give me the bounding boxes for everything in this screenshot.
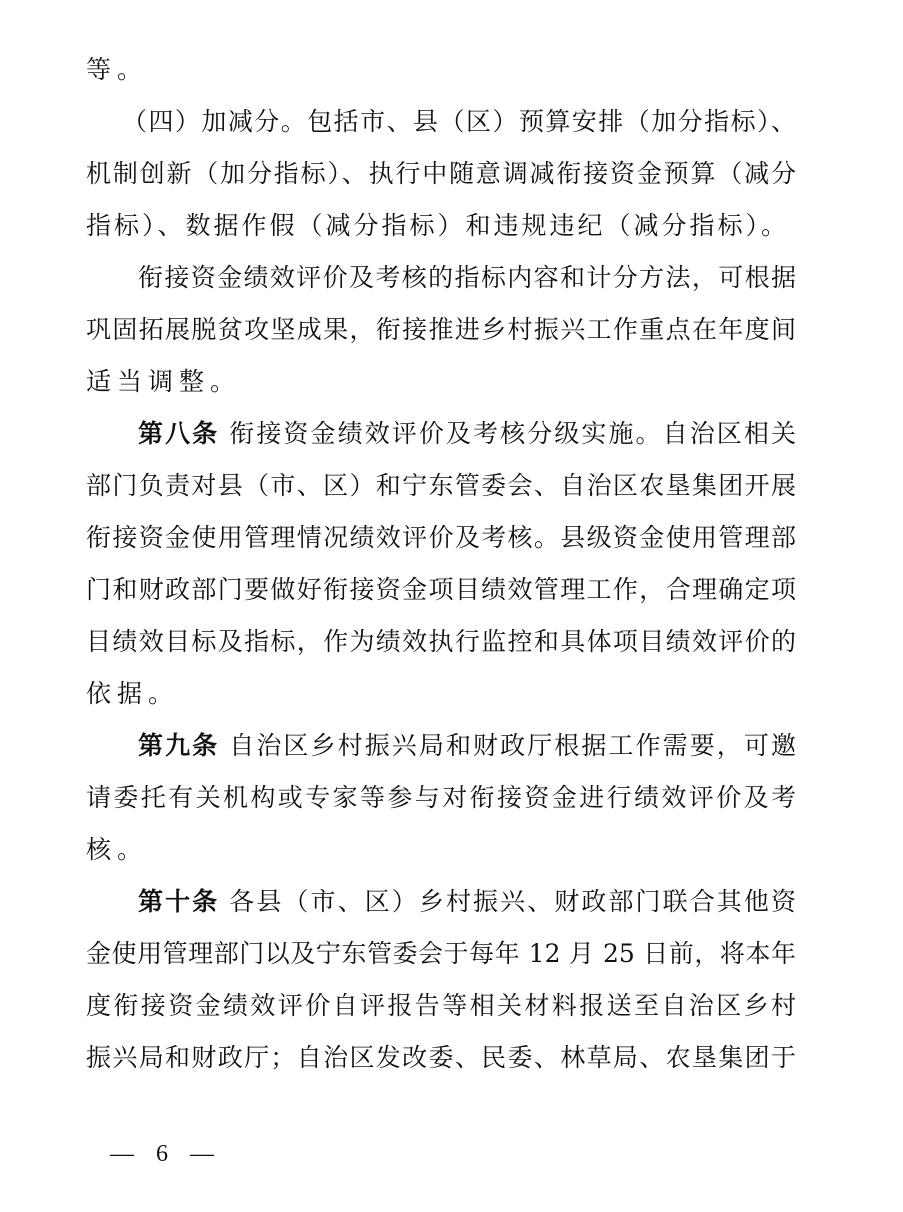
paragraph-line: （四）加减分。包括市、县（区）预算安排（加分指标）、 (86, 96, 796, 148)
paragraph-line: 衔接资金使用管理情况绩效评价及考核。县级资金使用管理部 (86, 512, 796, 564)
paragraph-text: 各县（市、区）乡村振兴、财政部门联合其他资 (229, 887, 796, 916)
paragraph-line: 巩固拓展脱贫攻坚成果，衔接推进乡村振兴工作重点在年度间 (86, 304, 796, 356)
article-heading: 第八条 (138, 419, 219, 448)
paragraph-line: 指标）、数据作假（减分指标）和违规违纪（减分指标）。 (86, 200, 796, 252)
paragraph-line: 核。 (86, 824, 796, 876)
paragraph-line: 适当调整。 (86, 356, 796, 408)
paragraph-line: 金使用管理部门以及宁东管委会于每年 12 月 25 日前，将本年 (86, 928, 796, 980)
paragraph-line: 衔接资金绩效评价及考核的指标内容和计分方法，可根据 (86, 252, 796, 304)
paragraph-line: 部门负责对县（市、区）和宁东管委会、自治区农垦集团开展 (86, 460, 796, 512)
paragraph-line: 机制创新（加分指标）、执行中随意调减衔接资金预算（减分 (86, 148, 796, 200)
article-heading-line: 第八条衔接资金绩效评价及考核分级实施。自治区相关 (86, 408, 796, 460)
paragraph-line: 依据。 (86, 668, 796, 720)
article-heading: 第九条 (138, 731, 219, 760)
article-heading-line: 第十条各县（市、区）乡村振兴、财政部门联合其他资 (86, 876, 796, 928)
paragraph-text: 自治区乡村振兴局和财政厅根据工作需要，可邀 (229, 731, 796, 760)
paragraph-text: 衔接资金绩效评价及考核分级实施。自治区相关 (229, 419, 796, 448)
document-page: 等。 （四）加减分。包括市、县（区）预算安排（加分指标）、 机制创新（加分指标）… (86, 44, 796, 1084)
paragraph-line: 请委托有关机构或专家等参与对衔接资金进行绩效评价及考 (86, 772, 796, 824)
paragraph-line: 等。 (86, 44, 796, 96)
article-heading-line: 第九条自治区乡村振兴局和财政厅根据工作需要，可邀 (86, 720, 796, 772)
paragraph-line: 目绩效目标及指标，作为绩效执行监控和具体项目绩效评价的 (86, 616, 796, 668)
paragraph-line: 振兴局和财政厅；自治区发改委、民委、林草局、农垦集团于 (86, 1032, 796, 1084)
page-number: — 6 — (110, 1136, 222, 1172)
paragraph-line: 门和财政部门要做好衔接资金项目绩效管理工作，合理确定项 (86, 564, 796, 616)
paragraph-line: 度衔接资金绩效评价自评报告等相关材料报送至自治区乡村 (86, 980, 796, 1032)
article-heading: 第十条 (138, 887, 219, 916)
